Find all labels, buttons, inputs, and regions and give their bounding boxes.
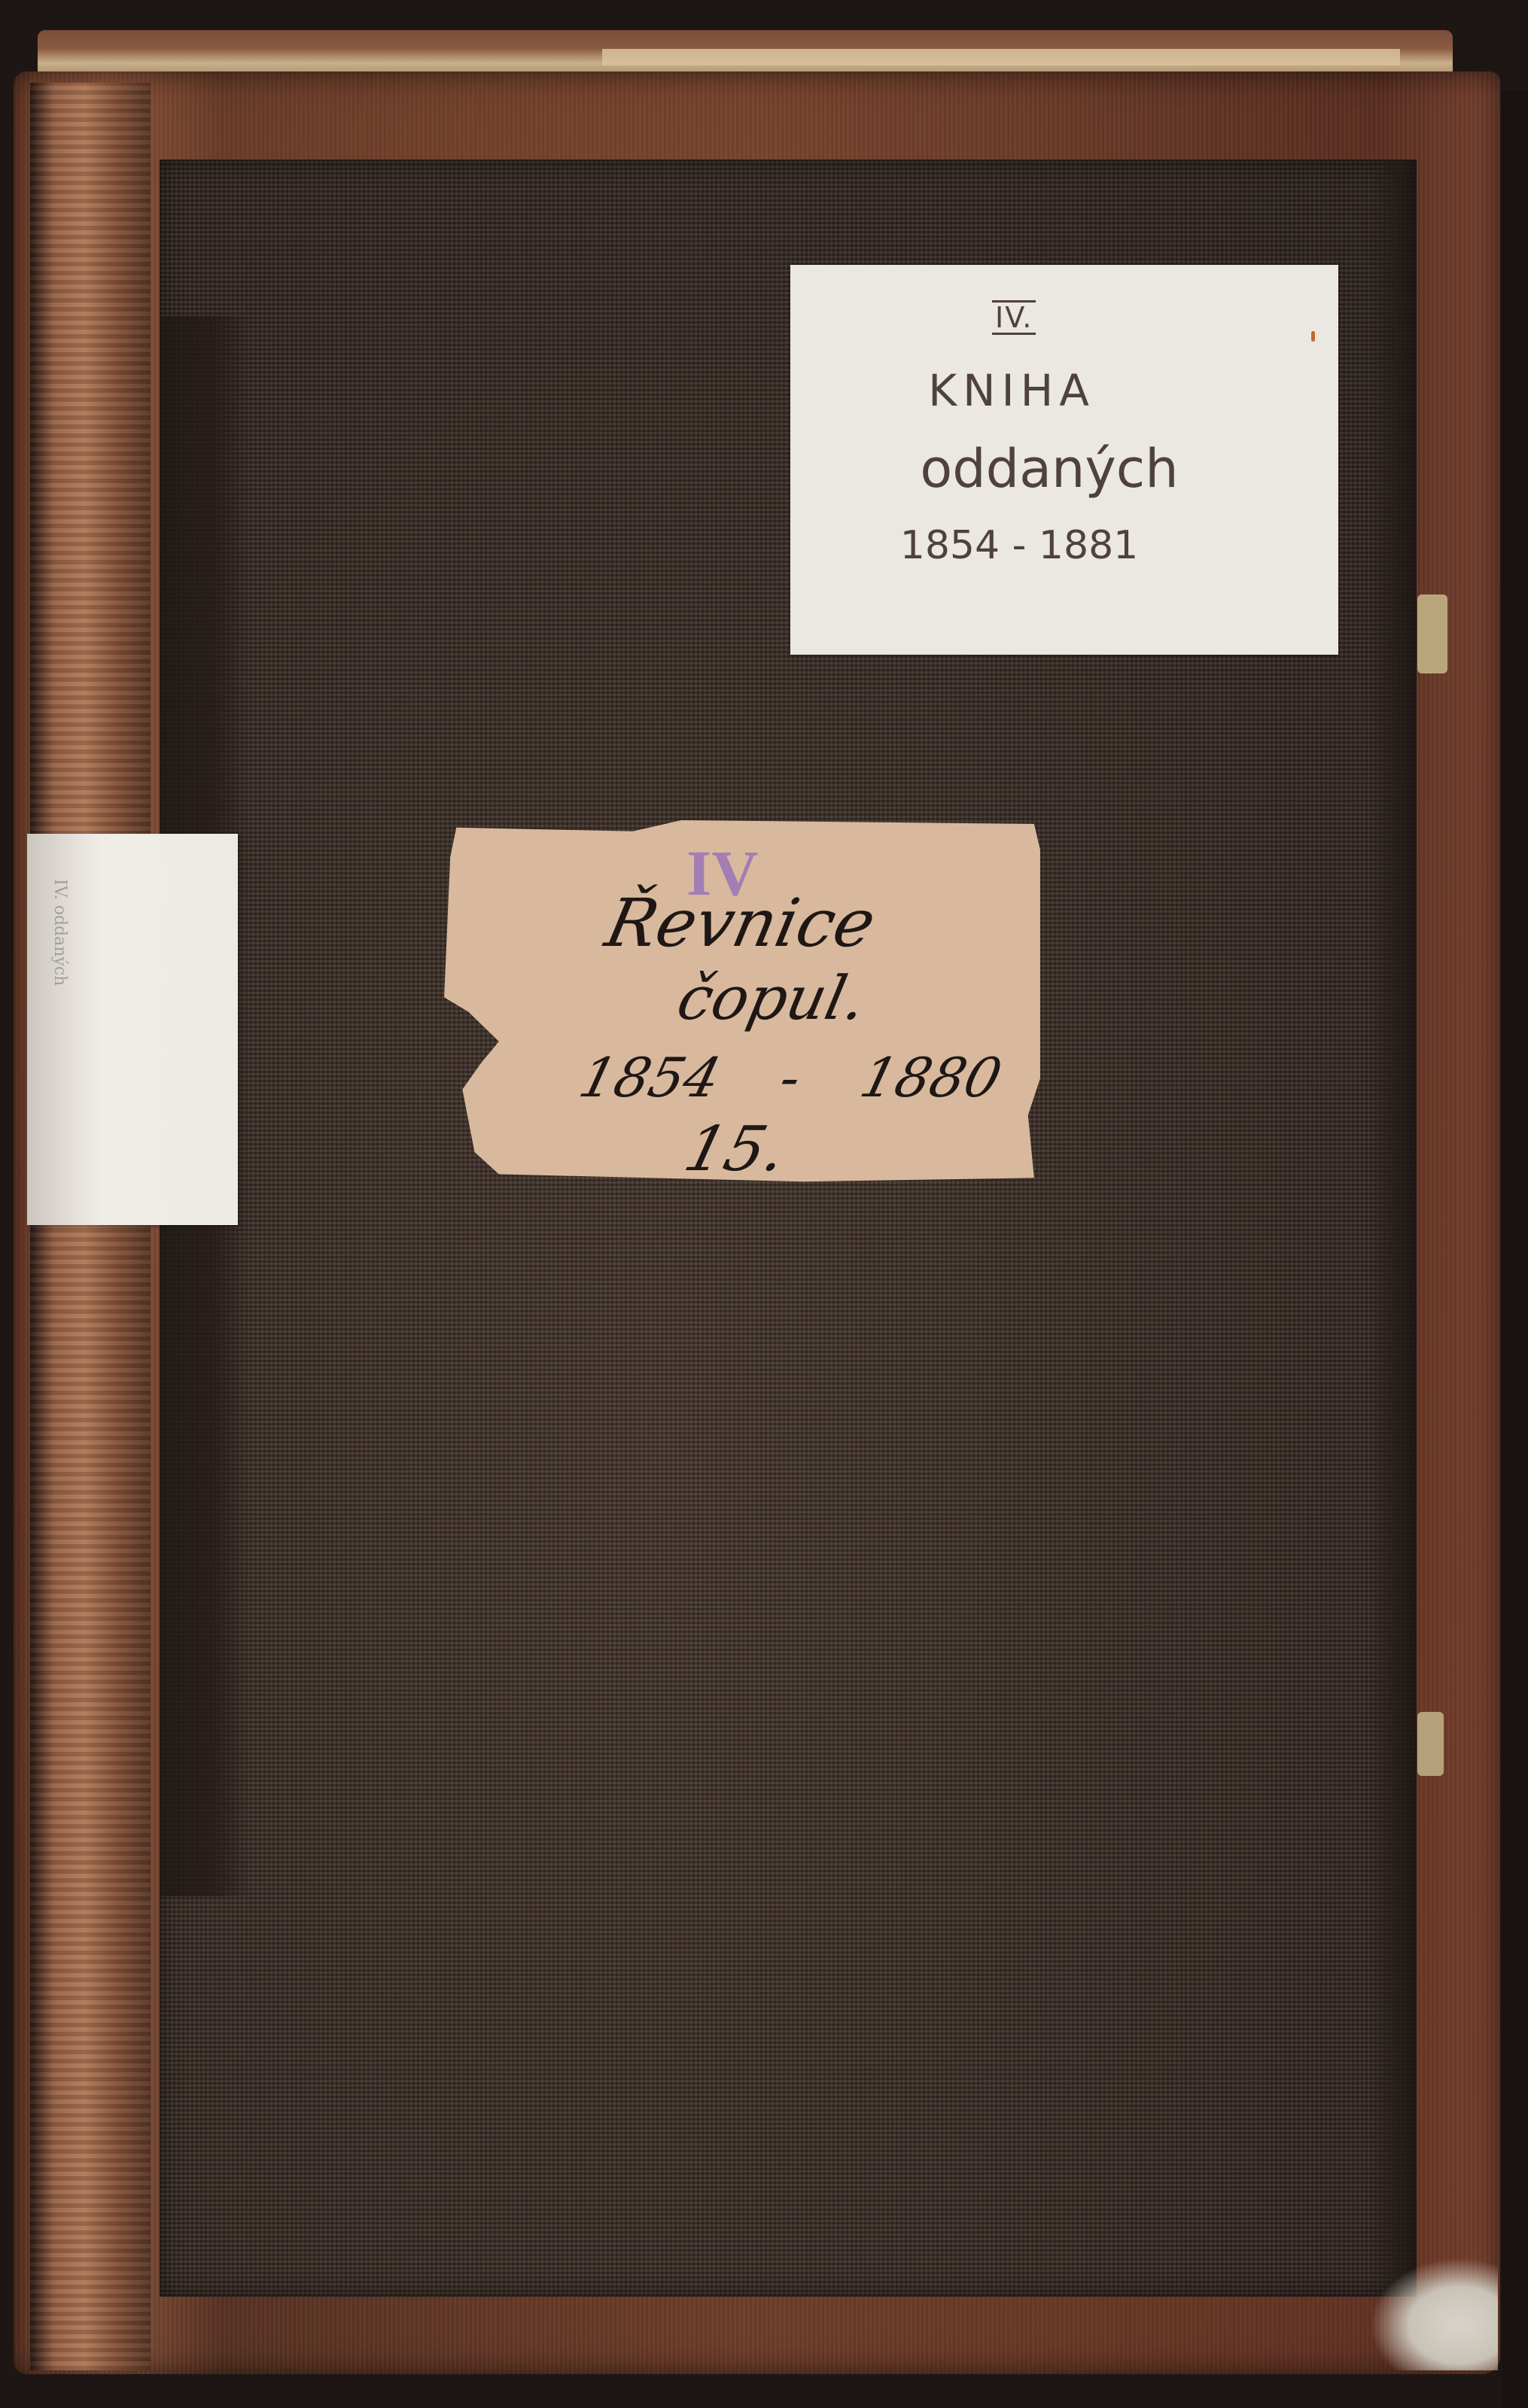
worn-corner-bottom-right xyxy=(1370,2257,1498,2370)
parish-place-name: Řevnice xyxy=(599,884,882,962)
spine-sticker-faint-text: IV. oddaných xyxy=(54,879,69,1120)
volume-number: IV. xyxy=(992,300,1036,335)
register-number: 15. xyxy=(677,1114,793,1185)
binding-thread-lower xyxy=(1417,1712,1444,1776)
cloth-wear-right xyxy=(1370,160,1417,2297)
register-year-range: 1854 - 1880 xyxy=(574,1046,1009,1109)
scan-background-right xyxy=(1502,90,1528,2408)
archive-label: IV. KNIHA oddaných 1854 - 1881 xyxy=(790,265,1338,655)
register-kind: čopul. xyxy=(671,963,872,1033)
spine-sticker: IV. oddaných xyxy=(27,834,238,1225)
rust-spot xyxy=(1311,331,1315,342)
parish-label: IV Řevnice čopul. 1854 - 1880 15. xyxy=(438,820,1046,1189)
binding-thread-upper xyxy=(1417,594,1447,673)
label-title-kniha: KNIHA xyxy=(738,365,1286,416)
page-edge-strip xyxy=(602,49,1400,65)
label-title-oddanych: oddaných xyxy=(775,438,1323,500)
book-spine xyxy=(30,83,151,2370)
label-years: 1854 - 1881 xyxy=(745,523,1293,568)
